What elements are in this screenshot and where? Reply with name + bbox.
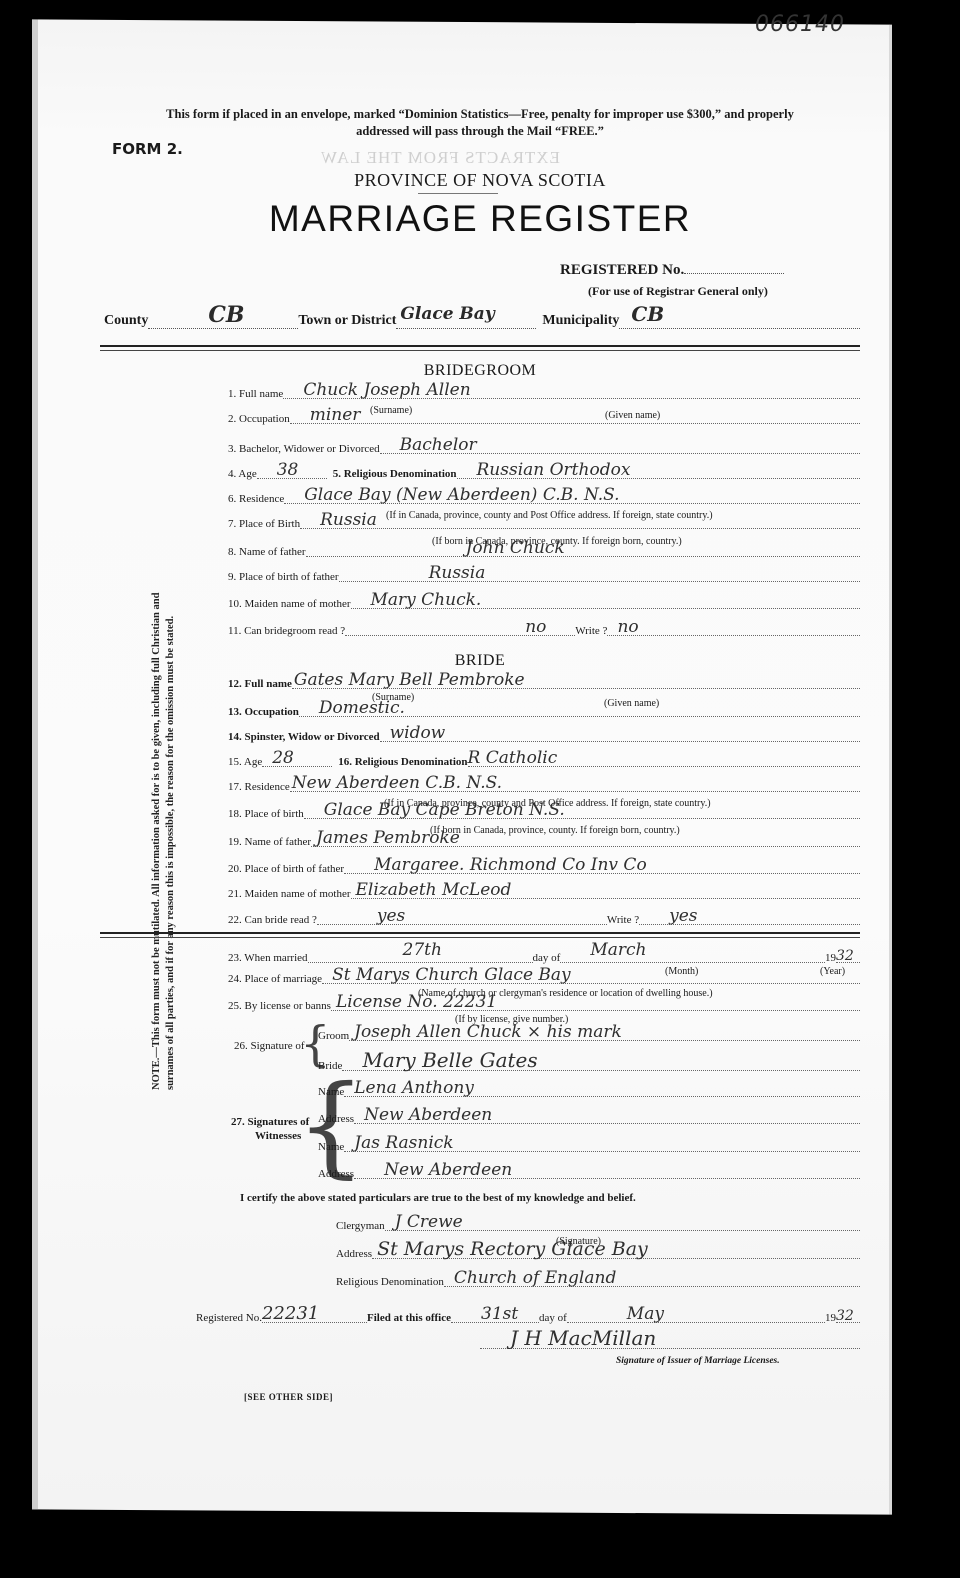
groom-age-row: 4. Age 38 5. Religious Denomination Russ…	[228, 460, 860, 482]
groom-status-row: 3. Bachelor, Widower or Divorced Bachelo…	[228, 435, 860, 457]
field-label: 10. Maiden name of mother	[228, 598, 351, 612]
bride-father-row: 19. Name of father James Pembroke	[228, 828, 860, 850]
certification-statement: I certify the above stated particulars a…	[240, 1192, 636, 1204]
groom-father-birthplace: Russia	[429, 563, 486, 583]
bleed-through-heading: EXTRACTS FROM THE LAW	[320, 148, 560, 168]
field-label: 18. Place of birth	[228, 808, 304, 822]
town-field: Glace Bay	[396, 310, 536, 329]
field-label: Registered No.	[196, 1312, 262, 1326]
marriage-month: March	[590, 940, 646, 960]
bride-father-birthplace: Margaree. Richmond Co Inv Co	[374, 855, 647, 875]
field-label: Write ?	[607, 914, 639, 928]
field-label: day of	[533, 952, 561, 966]
municipality-label: Municipality	[542, 313, 619, 329]
field-label: 14. Spinster, Widow or Divorced	[228, 731, 380, 745]
field-label: 12. Full name	[228, 678, 292, 692]
bride-age: 28	[272, 748, 294, 768]
bride-father-name: James Pembroke	[316, 828, 460, 848]
marriage-day: 27th	[403, 940, 442, 960]
field-label: 19. Name of father	[228, 836, 311, 850]
groom-signature-row: Groom Joseph Allen Chuck × his mark	[318, 1022, 860, 1044]
bride-literacy-row: 22. Can bride read ? yes Write ? yes	[228, 906, 860, 928]
field-label: 1. Full name	[228, 388, 283, 402]
bride-signature: Mary Belle Gates	[362, 1048, 537, 1072]
clergyman-denomination: Church of England	[454, 1268, 616, 1288]
county-label: County	[104, 313, 148, 329]
bride-denomination: R Catholic	[468, 748, 558, 768]
bride-residence: New Aberdeen C.B. N.S.	[292, 773, 502, 793]
field-label: 16. Religious Denomination	[338, 756, 467, 770]
divider	[418, 193, 498, 194]
clergyman-address: St Marys Rectory Glace Bay	[377, 1238, 648, 1260]
bride-full-name: Gates Mary Bell Pembroke	[294, 670, 525, 690]
groom-age: 38	[277, 460, 299, 480]
field-label: 24. Place of marriage	[228, 973, 322, 987]
when-married-row: 23. When married 27th day of March 19 32	[228, 944, 860, 966]
license-row: 25. By license or banns License No. 2223…	[228, 992, 860, 1014]
bride-full-name-row: 12. Full name Gates Mary Bell Pembroke	[228, 670, 860, 692]
town-value: Glace Bay	[400, 304, 494, 324]
field-label: 22. Can bride read ?	[228, 914, 317, 928]
filing-row: Registered No. 22231 Filed at this offic…	[196, 1304, 860, 1326]
province-heading: PROVINCE OF NOVA SCOTIA	[0, 170, 960, 191]
field-label: 7. Place of Birth	[228, 518, 300, 532]
field-label: 11. Can bridegroom read ?	[228, 625, 345, 639]
filed-month: May	[627, 1304, 664, 1324]
municipality-value: CB	[631, 302, 664, 326]
groom-birthplace-row: 7. Place of Birth Russia	[228, 510, 860, 532]
signature-of-label: 26. Signature of	[234, 1040, 305, 1052]
field-label: Address	[318, 1168, 354, 1182]
page-title: MARRIAGE REGISTER	[0, 198, 960, 240]
bridegroom-heading: BRIDEGROOM	[0, 362, 960, 380]
field-label: day of	[539, 1312, 567, 1326]
field-label: 15. Age	[228, 756, 262, 770]
year-prefix: 19	[825, 952, 836, 966]
bride-age-row: 15. Age 28 16. Religious Denomination R …	[228, 748, 860, 770]
field-label: 4. Age	[228, 468, 257, 482]
bride-mother-row: 21. Maiden name of mother Elizabeth McLe…	[228, 880, 860, 902]
field-label: 17. Residence	[228, 781, 290, 795]
issuer-signature: J H MacMillan	[510, 1326, 656, 1350]
bride-status-row: 14. Spinster, Widow or Divorced widow	[228, 723, 860, 745]
field-label: Name	[318, 1086, 344, 1100]
field-label: 13. Occupation	[228, 706, 299, 720]
location-row: County CB Town or District Glace Bay Mun…	[104, 310, 860, 329]
groom-mother-row: 10. Maiden name of mother Mary Chuck.	[228, 590, 860, 612]
field-label: 3. Bachelor, Widower or Divorced	[228, 443, 380, 457]
field-label: 20. Place of birth of father	[228, 863, 344, 877]
license-number: License No. 22231	[336, 992, 497, 1012]
bride-occupation-row: 13. Occupation Domestic.	[228, 698, 860, 720]
groom-father-name: John Chuck	[466, 538, 565, 558]
field-label: Address	[318, 1113, 354, 1127]
filed-year: 32	[836, 1308, 854, 1324]
groom-full-name-row: 1. Full name Chuck Joseph Allen	[228, 380, 860, 402]
year-prefix: 19	[825, 1312, 836, 1326]
field-label: Religious Denomination	[336, 1276, 444, 1290]
field-label: 5. Religious Denomination	[333, 468, 457, 482]
groom-father-row: 8. Name of father John Chuck	[228, 538, 860, 560]
groom-full-name: Chuck Joseph Allen	[303, 380, 470, 400]
bride-signature-row: Bride Mary Belle Gates	[318, 1052, 860, 1074]
bride-birthplace: Glace Bay Cape Breton N.S.	[324, 800, 565, 820]
groom-father-birthplace-row: 9. Place of birth of father Russia	[228, 563, 860, 585]
issuer-label: Signature of Issuer of Marriage Licenses…	[616, 1356, 780, 1366]
field-label: Filed at this office	[367, 1312, 451, 1326]
groom-occupation: miner	[310, 405, 361, 425]
registered-number: 22231	[262, 1303, 319, 1324]
groom-can-write: no	[617, 617, 638, 637]
municipality-field: CB	[619, 310, 860, 329]
county-value: CB	[208, 302, 244, 328]
issuer-signature-row: J H MacMillan	[480, 1330, 860, 1352]
registered-no-value	[684, 273, 784, 274]
field-label: Write ?	[575, 625, 607, 639]
town-label: Town or District	[298, 313, 396, 329]
bride-residence-row: 17. Residence New Aberdeen C.B. N.S.	[228, 773, 860, 795]
groom-signature: Joseph Allen Chuck × his mark	[354, 1022, 622, 1042]
witness-2-address: New Aberdeen	[384, 1160, 512, 1180]
bride-birthplace-row: 18. Place of birth Glace Bay Cape Breton…	[228, 800, 860, 822]
witness-1-name-row: Name Lena Anthony	[318, 1078, 860, 1100]
groom-literacy-row: 11. Can bridegroom read ? no Write ? no	[228, 617, 860, 639]
clergyman-signature: J Crewe	[395, 1212, 463, 1232]
field-label: Address	[336, 1248, 372, 1262]
form-number: FORM 2.	[112, 140, 183, 158]
field-label: 6. Residence	[228, 493, 284, 507]
field-label: 8. Name of father	[228, 546, 306, 560]
groom-birthplace: Russia	[320, 510, 377, 530]
witness-1-address-row: Address New Aberdeen	[318, 1105, 860, 1127]
groom-can-read: no	[525, 617, 546, 637]
clergyman-row: Clergyman J Crewe	[336, 1212, 860, 1234]
bride-heading: BRIDE	[0, 652, 960, 670]
bride-can-write: yes	[669, 906, 697, 926]
place-of-marriage-row: 24. Place of marriage St Marys Church Gl…	[228, 965, 860, 987]
divider	[100, 932, 860, 938]
groom-mother-maiden-name: Mary Chuck.	[371, 590, 482, 610]
field-label: 2. Occupation	[228, 413, 290, 427]
divider	[100, 345, 860, 351]
county-field: CB	[148, 310, 298, 329]
clergyman-address-row: Address St Marys Rectory Glace Bay	[336, 1240, 860, 1262]
groom-status: Bachelor	[400, 435, 477, 455]
groom-residence-row: 6. Residence Glace Bay (New Aberdeen) C.…	[228, 485, 860, 507]
field-label: Clergyman	[336, 1220, 385, 1234]
marriage-year: 32	[836, 948, 854, 964]
see-other-side: [SEE OTHER SIDE]	[244, 1392, 333, 1402]
side-note: NOTE.—This form must not be mutilated. A…	[150, 550, 178, 1090]
registered-no-label: REGISTERED No.	[560, 262, 684, 278]
stamp-number: 066140	[755, 12, 845, 37]
groom-denomination: Russian Orthodox	[477, 460, 631, 480]
bride-occupation: Domestic.	[319, 698, 405, 718]
field-label: 23. When married	[228, 952, 308, 966]
witness-1-address: New Aberdeen	[364, 1105, 492, 1125]
groom-occupation-row: 2. Occupation miner	[228, 405, 860, 427]
registered-no-field: REGISTERED No.	[560, 262, 784, 279]
field-label: Name	[318, 1141, 344, 1155]
field-label: 25. By license or banns	[228, 1000, 331, 1014]
bride-status: widow	[390, 723, 446, 743]
bride-can-read: yes	[377, 906, 405, 926]
marriage-place: St Marys Church Glace Bay	[332, 965, 571, 985]
clergyman-denomination-row: Religious Denomination Church of England	[336, 1268, 860, 1290]
witness-1-name: Lena Anthony	[354, 1078, 474, 1098]
witnesses-label-2: Witnesses	[255, 1130, 301, 1142]
filed-day: 31st	[481, 1304, 518, 1324]
mail-note: This form if placed in an envelope, mark…	[150, 106, 810, 140]
bride-father-birthplace-row: 20. Place of birth of father Margaree. R…	[228, 855, 860, 877]
field-label: Groom	[318, 1030, 349, 1044]
bride-mother-maiden-name: Elizabeth McLeod	[356, 880, 512, 900]
registered-no-note: (For use of Registrar General only)	[588, 284, 768, 299]
witness-2-address-row: Address New Aberdeen	[318, 1160, 860, 1182]
groom-residence: Glace Bay (New Aberdeen) C.B. N.S.	[304, 485, 619, 505]
witness-2-name: Jas Rasnick	[354, 1133, 453, 1153]
witness-2-name-row: Name Jas Rasnick	[318, 1133, 860, 1155]
field-label: 21. Maiden name of mother	[228, 888, 351, 902]
field-label: 9. Place of birth of father	[228, 571, 339, 585]
